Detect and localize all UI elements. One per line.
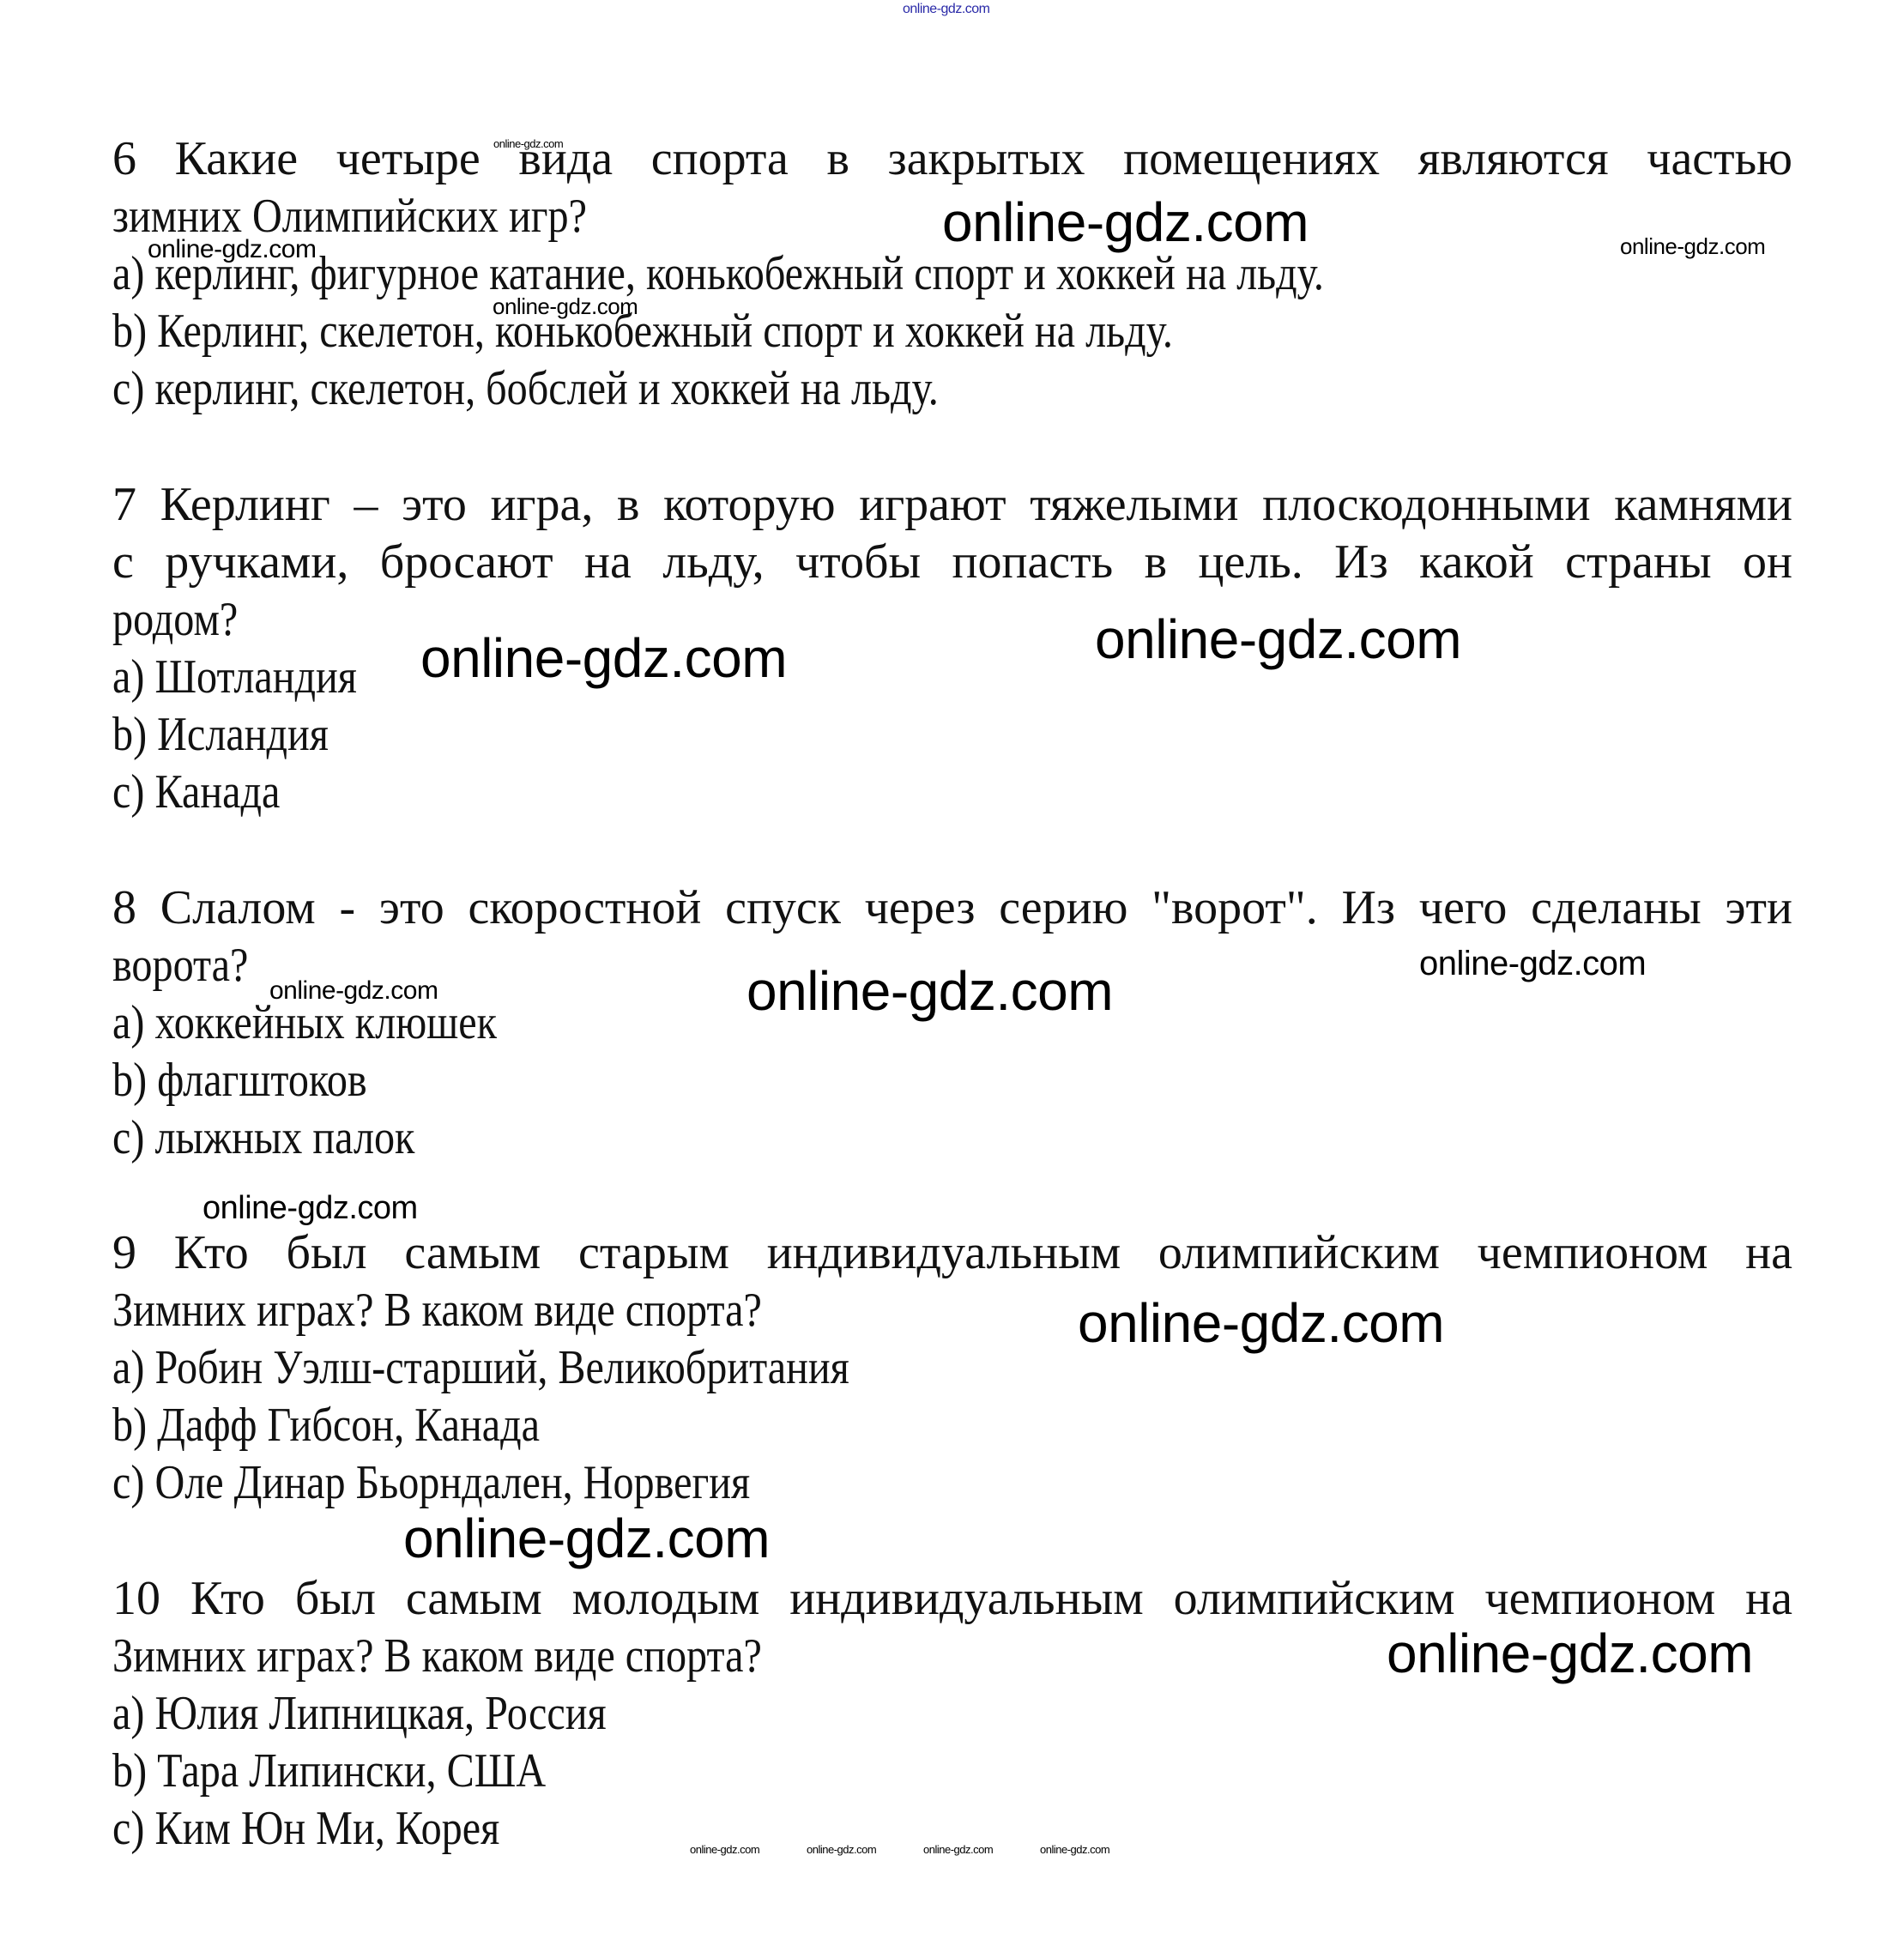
question-6-option-c: c) керлинг, скелетон, бобслей и хоккей н… xyxy=(112,360,1557,417)
header-watermark: online-gdz.com xyxy=(903,2,990,17)
question-10-option-a: a) Юлия Липницкая, Россия xyxy=(112,1685,1557,1742)
watermark: online-gdz.com xyxy=(403,1507,770,1570)
watermark: online-gdz.com xyxy=(493,137,563,150)
watermark: online-gdz.com xyxy=(1040,1843,1109,1856)
watermark: online-gdz.com xyxy=(923,1843,993,1856)
question-7-option-c: c) Канада xyxy=(112,764,1557,820)
watermark: online-gdz.com xyxy=(420,626,787,690)
question-7-option-b: b) Исландия xyxy=(112,706,1557,763)
question-10-text-line-1: 10 Кто был самым молодым индивидуальным … xyxy=(112,1570,1792,1627)
watermark: online-gdz.com xyxy=(1095,607,1461,671)
watermark: online-gdz.com xyxy=(148,235,316,264)
watermark: online-gdz.com xyxy=(942,190,1309,254)
question-8-text-line-1: 8 Слалом - это скоростной спуск через се… xyxy=(112,879,1792,936)
question-7-text-line-2: с ручками, бросают на льду, чтобы попаст… xyxy=(112,534,1792,590)
question-8-option-c: c) лыжных палок xyxy=(112,1109,1557,1166)
watermark: online-gdz.com xyxy=(690,1843,759,1856)
watermark: online-gdz.com xyxy=(202,1190,418,1227)
watermark: online-gdz.com xyxy=(269,976,438,1006)
watermark: online-gdz.com xyxy=(1419,945,1646,983)
watermark: online-gdz.com xyxy=(493,293,638,320)
question-6-text-line-2: зимних Олимпийских игр? xyxy=(112,188,1557,245)
question-7-text-line-1: 7 Керлинг – это игра, в которую играют т… xyxy=(112,476,1792,533)
question-10-option-b: b) Тара Липински, США xyxy=(112,1743,1557,1799)
question-10-text-line-2: Зимних играх? В каком виде спорта? xyxy=(112,1628,1557,1684)
watermark: online-gdz.com xyxy=(1078,1291,1444,1355)
watermark: online-gdz.com xyxy=(746,959,1113,1023)
question-9-text-line-1: 9 Кто был самым старым индивидуальным ол… xyxy=(112,1224,1792,1281)
document-page: online-gdz.com 6 Какие четыре вида спорт… xyxy=(0,0,1904,1952)
question-6-text-line-1: 6 Какие четыре вида спорта в закрытых по… xyxy=(112,130,1792,187)
watermark: online-gdz.com xyxy=(1620,233,1765,260)
watermark: online-gdz.com xyxy=(1387,1622,1753,1685)
question-6-option-a: a) керлинг, фигурное катание, конькобежн… xyxy=(112,245,1557,302)
question-9-option-b: b) Дафф Гибсон, Канада xyxy=(112,1397,1557,1453)
question-8-option-b: b) флагштоков xyxy=(112,1052,1557,1109)
question-6-option-b: b) Керлинг, скелетон, конькобежный спорт… xyxy=(112,303,1557,360)
question-9-option-c: c) Оле Динар Бьорндален, Норвегия xyxy=(112,1454,1557,1511)
watermark: online-gdz.com xyxy=(807,1843,876,1856)
